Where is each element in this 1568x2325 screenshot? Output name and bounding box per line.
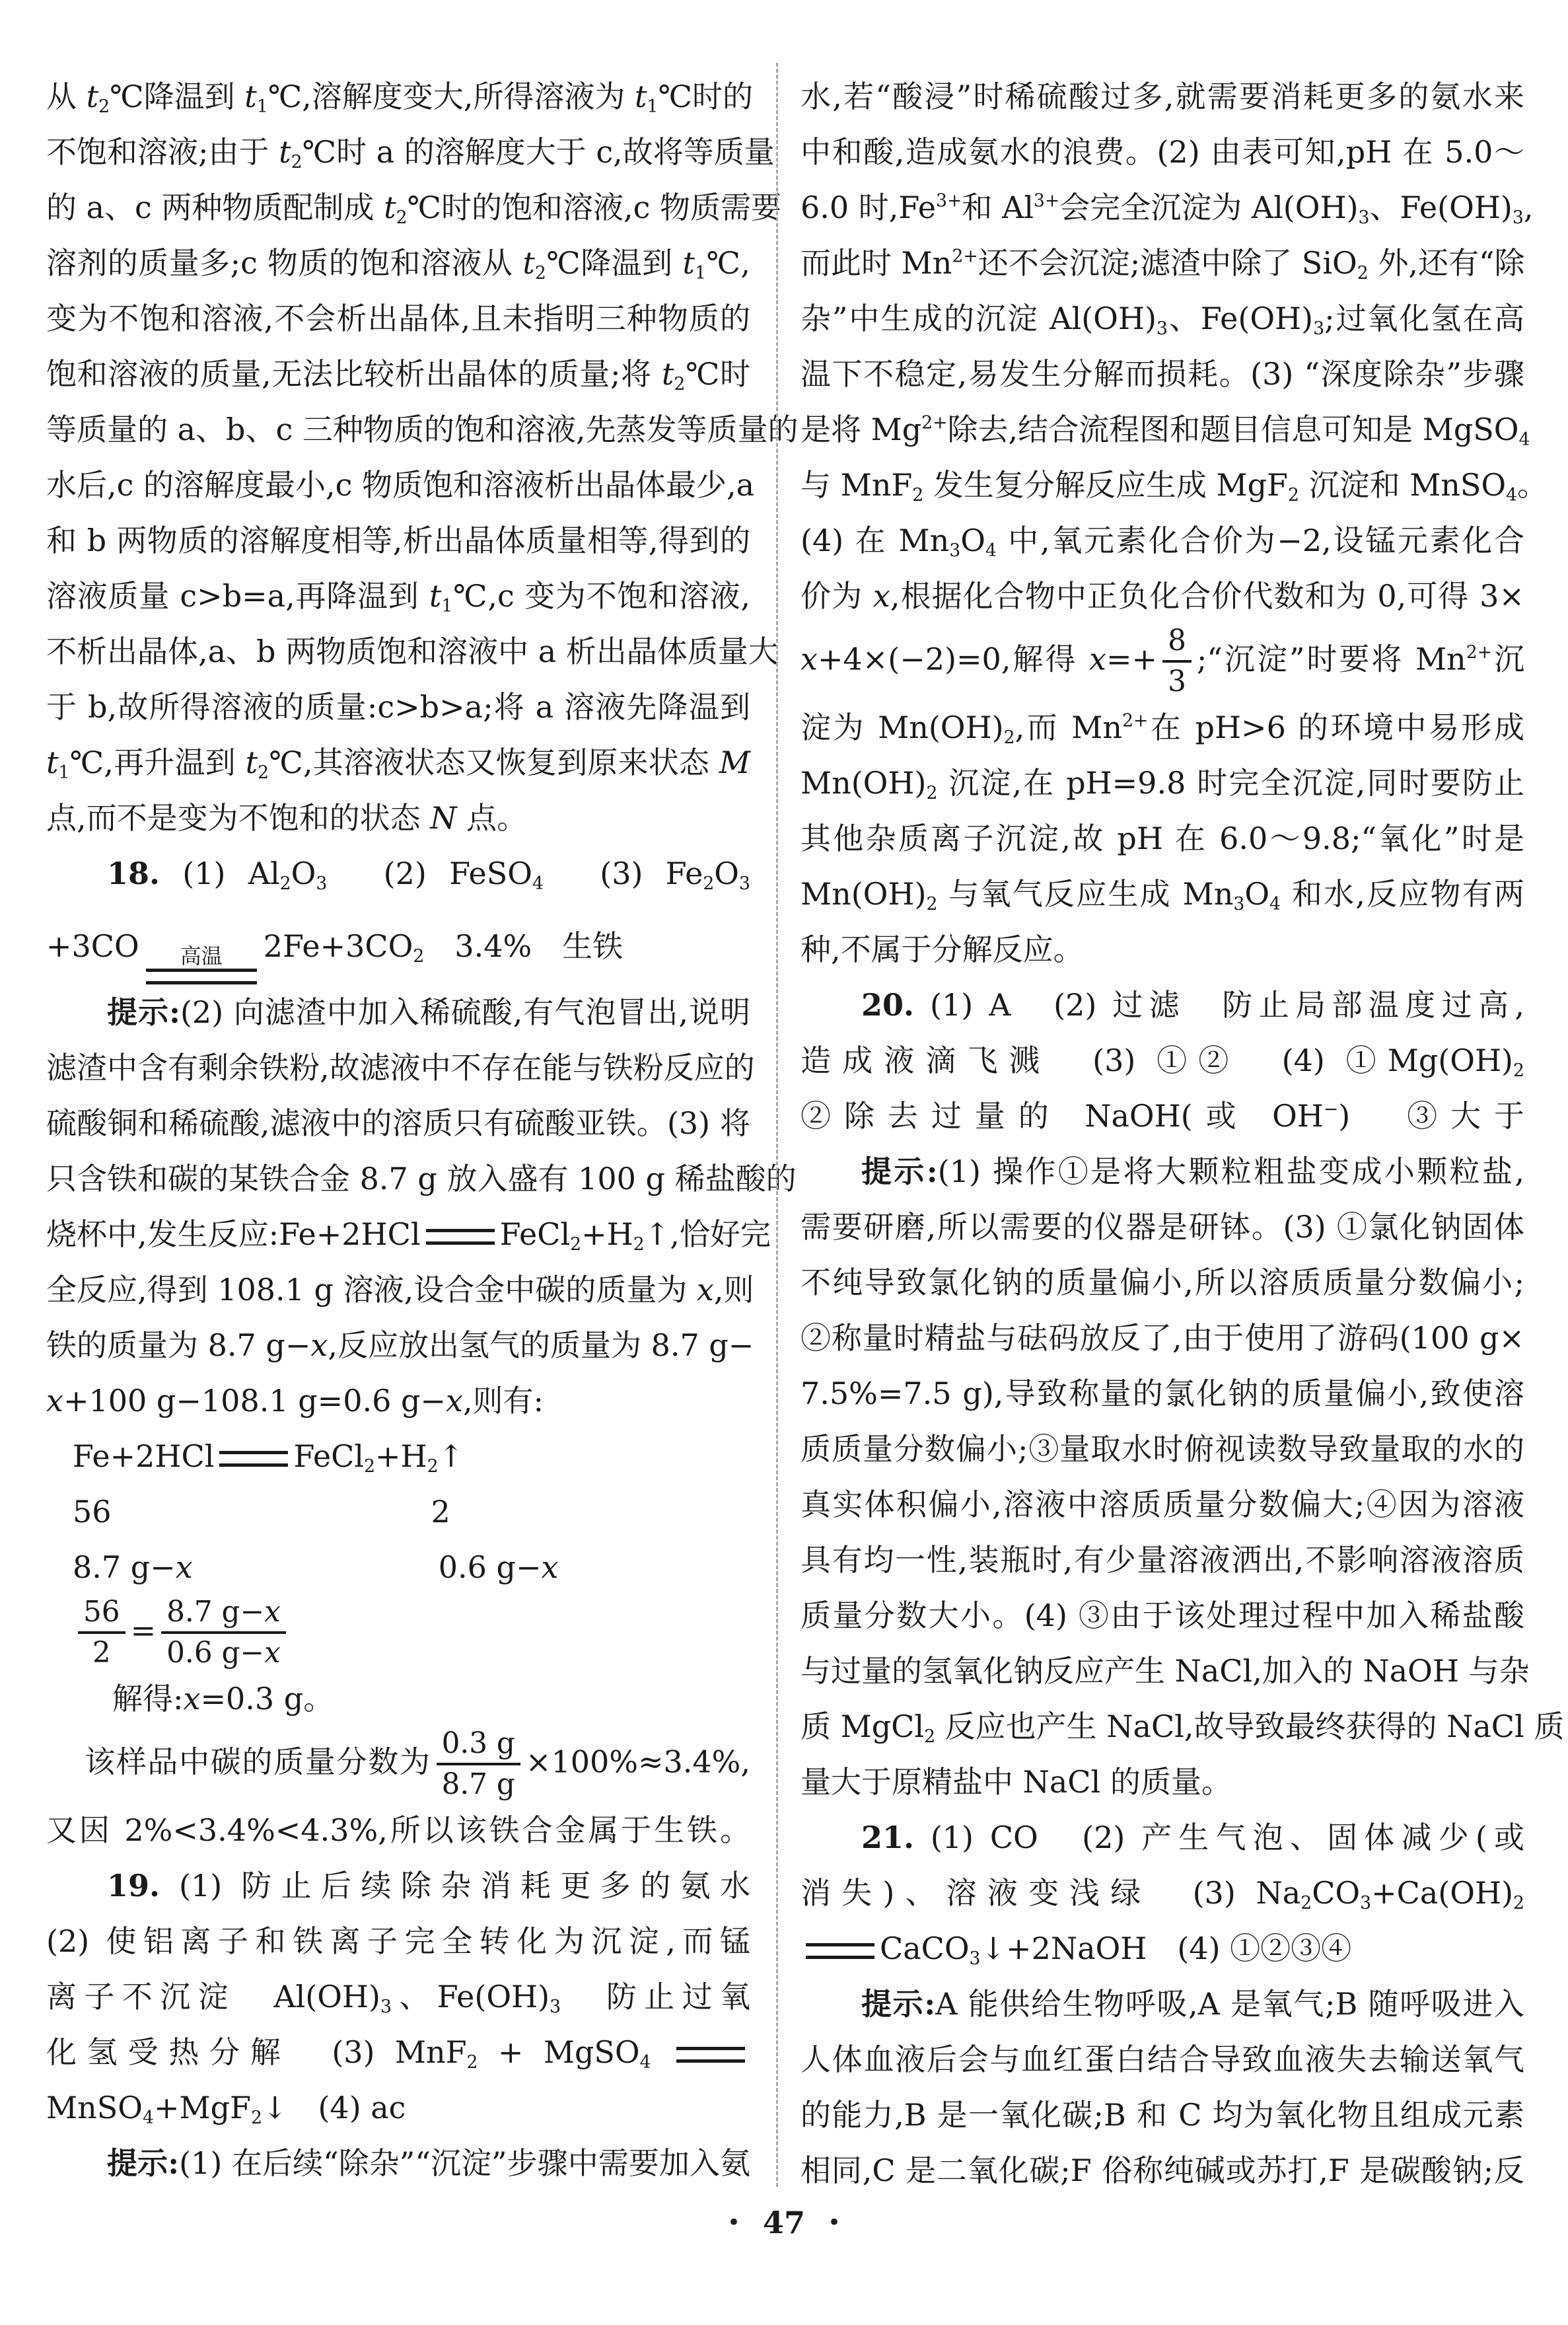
bold-text: 21. xyxy=(861,1820,914,1855)
fraction-numerator: 8.7 g−x xyxy=(161,1595,286,1634)
superscript: 2+ xyxy=(1466,642,1492,663)
subscript: 3 xyxy=(1157,318,1168,339)
bold-text: 提示: xyxy=(861,1154,938,1189)
italic-variable: t xyxy=(522,245,535,281)
page-number: 47 xyxy=(763,2207,805,2238)
right-column: 水,若“酸浸”时稀硫酸过多,就需要消耗更多的氨水来中和酸,造成氨水的浪费。(2)… xyxy=(801,69,1524,2198)
subscript: 4 xyxy=(640,2052,651,2073)
subscript: 2 xyxy=(1288,485,1299,505)
hint-line: 提示:(1) 在后续“除杂”“沉淀”步骤中需要加入氨 xyxy=(46,2135,750,2191)
text-line: 点,而不是变为不饱和的状态 N 点。 xyxy=(46,790,750,846)
italic-variable: t xyxy=(244,79,257,114)
superscript: − xyxy=(1324,1099,1338,1120)
subscript: 2 xyxy=(924,1726,935,1747)
subscript: 4 xyxy=(1269,894,1281,914)
text-line: 又因 2%<3.4%<4.3%,所以该铁合金属于生铁。 xyxy=(46,1802,750,1858)
subscript: 2 xyxy=(467,2052,478,2073)
text-line: (4) 在 Mn3O4 中,氧元素化合价为−2,设锰元素化合 xyxy=(801,513,1524,568)
text-line: 等质量的 a、b、c 三种物质的饱和溶液,先蒸发等质量的 xyxy=(46,402,750,457)
hint-line: 提示:(2) 向滤渣中加入稀硫酸,有气泡冒出,说明 xyxy=(46,984,750,1040)
superscript: 2+ xyxy=(921,413,947,433)
subscript: 1 xyxy=(647,96,659,117)
superscript: 3+ xyxy=(1034,191,1059,211)
italic-variable: N xyxy=(430,800,456,836)
subscript: 2 xyxy=(258,762,269,783)
subscript: 3 xyxy=(550,1997,561,2017)
italic-variable: t xyxy=(279,134,291,170)
subscript: 3 xyxy=(949,540,960,561)
text-line: 铁的质量为 8.7 g−x,反应放出氢气的质量为 8.7 g− xyxy=(46,1317,750,1373)
subscript: 2 xyxy=(1004,727,1015,748)
italic-variable: t xyxy=(246,745,258,780)
double-equals-line xyxy=(146,969,257,984)
fraction: 0.3 g8.7 g xyxy=(437,1726,520,1802)
text-line: 饱和溶液的质量,无法比较析出晶体的质量;将 t2℃时 xyxy=(46,346,750,402)
text-line: 是将 Mg2+除去,结合流程图和题目信息可知是 MgSO4 xyxy=(801,402,1524,457)
subscript: 2 xyxy=(291,152,303,172)
subscript: 2 xyxy=(674,374,685,394)
fraction-denominator: 0.6 g−x xyxy=(166,1634,281,1670)
italic-variable: t xyxy=(384,190,396,225)
subscript: 1 xyxy=(441,596,452,616)
italic-variable: t xyxy=(683,245,695,281)
text-line: 质量分数大小。(4) ③由于该处理过程中加入稀盐酸 xyxy=(801,1588,1524,1643)
answer-line: (2) 使铝离子和铁离子完全转化为沉淀,而锰 xyxy=(46,1913,750,1969)
text-line: 和 b 两物质的溶解度相等,析出晶体质量相等,得到的 xyxy=(46,513,750,568)
subscript: 3 xyxy=(970,1948,981,1969)
text-line: Fe+2HClFeCl2+H2↑ xyxy=(46,1428,750,1484)
text-line: 质质量分数偏小;③量取水时俯视读数导致量取的水的 xyxy=(801,1421,1524,1477)
text-line: 价为 x,根据化合物中正负化合价代数和为 0,可得 3× xyxy=(801,568,1524,624)
answer-line: 造成液滴飞溅 (3) ①② (4) ①Mg(OH)2 xyxy=(801,1033,1524,1088)
bold-text: 19. xyxy=(107,1868,160,1903)
text-line: 具有均一性,装瓶时,有少量溶液洒出,不影响溶液溶质 xyxy=(801,1532,1524,1588)
double-equals-line xyxy=(676,2047,745,2063)
italic-variable: t xyxy=(87,79,99,114)
workbook-answer-page: 从 t2℃降温到 t1℃,溶解度变大,所得溶液为 t1℃时的不饱和溶液;由于 t… xyxy=(0,0,1568,2325)
double-equals-line xyxy=(806,1943,874,1959)
subscript: 4 xyxy=(985,540,997,561)
text-line: 562 xyxy=(46,1484,750,1539)
text-line: ②称量时精盐与砝码放反了,由于使用了游码(100 g× xyxy=(801,1310,1524,1366)
answer-line: 19. (1) 防止后续除杂消耗更多的氨水 xyxy=(46,1858,750,1913)
subscript: 3 xyxy=(1313,318,1324,339)
subscript: 1 xyxy=(257,96,268,117)
fraction: 562 xyxy=(78,1595,125,1671)
condition-label: 高温 xyxy=(180,944,223,969)
bold-text: 18. xyxy=(107,856,160,891)
answer-line: 化氢受热分解 (3) MnF2 + MgSO4 xyxy=(46,2024,750,2080)
text-line: 需要研磨,所以需要的仪器是研钵。(3) ①氯化钠固体 xyxy=(801,1199,1524,1255)
subscript: 4 xyxy=(143,2108,154,2128)
subscript: 2 xyxy=(570,1234,581,1255)
italic-variable: t xyxy=(46,745,59,780)
text-line: Mn(OH)2 与氧气反应生成 Mn3O4 和水,反应物有两 xyxy=(801,866,1524,922)
italic-variable: x xyxy=(1089,641,1106,677)
fraction-numerator: 8 xyxy=(1162,624,1192,663)
spacer xyxy=(193,1577,439,1578)
italic-variable: x xyxy=(801,641,818,677)
bold-text: 提示: xyxy=(861,1986,935,2022)
text-line: 硫酸铜和稀硫酸,滤液中的溶质只有硫酸亚铁。(3) 将 xyxy=(46,1095,750,1151)
answer-line: 消失)、溶液变浅绿 (3) Na2CO3+Ca(OH)2 xyxy=(801,1865,1524,1921)
italic-variable: x xyxy=(184,1681,201,1716)
fraction: 83 xyxy=(1162,624,1192,700)
subscript: 2 xyxy=(1301,1893,1312,1913)
fraction-numerator: 0.3 g xyxy=(437,1726,520,1765)
text-line: 与 MnF2 发生复分解反应生成 MgF2 沉淀和 MnSO4。 xyxy=(801,457,1524,513)
subscript: 3 xyxy=(1359,207,1370,228)
answer-line: MnSO4+MgF2↓ (4) ac xyxy=(46,2080,750,2135)
text-line: 人体血液后会与血红蛋白结合导致血液失去输送氧气 xyxy=(801,2032,1524,2087)
text-line: 杂”中生成的沉淀 Al(OH)3、Fe(OH)3;过氧化氢在高 xyxy=(801,291,1524,346)
text-line: 不纯导致氯化钠的质量偏小,所以溶质质量分数偏小; xyxy=(801,1255,1524,1310)
italic-variable: x xyxy=(46,1383,63,1419)
superscript: 2+ xyxy=(1122,711,1148,731)
answer-line: 离子不沉淀 Al(OH)3、Fe(OH)3 防止过氧 xyxy=(46,1969,750,2024)
subscript: 2 xyxy=(1513,1060,1524,1081)
italic-variable: x xyxy=(264,1595,281,1629)
text-line: 相同,C 是二氧化碳;F 俗称纯碱或苏打,F 是碳酸钠;反 xyxy=(801,2143,1524,2198)
subscript: 2 xyxy=(396,207,408,228)
double-equals-line xyxy=(219,1451,288,1467)
text-line: 从 t2℃降温到 t1℃,溶解度变大,所得溶液为 t1℃时的 xyxy=(46,69,750,124)
italic-variable: x xyxy=(873,578,890,614)
answer-line: ②除去过量的 NaOH(或 OH−) ③大于 xyxy=(801,1088,1524,1144)
subscript: 2 xyxy=(1357,263,1369,283)
text-line: 溶液质量 c>b=a,再降温到 t1℃,c 变为不饱和溶液, xyxy=(46,568,750,624)
italic-variable: x xyxy=(264,1636,281,1670)
superscript: 3+ xyxy=(936,191,962,211)
text-line: 562=8.7 g−x0.6 g−x xyxy=(46,1595,750,1671)
text-line: 其他杂质离子沉淀,故 pH 在 6.0～9.8;“氧化”时是 xyxy=(801,811,1524,866)
text-line: 滤渣中含有剩余铁粉,故滤液中不存在能与铁粉反应的 xyxy=(46,1040,750,1095)
text-line: 种,不属于分解反应。 xyxy=(801,922,1524,977)
text-line: x+100 g−108.1 g=0.6 g−x,则有: xyxy=(46,1373,750,1428)
text-line: 不析出晶体,a、b 两物质饱和溶液中 a 析出晶体质量大 xyxy=(46,624,750,679)
text-line: 水,若“酸浸”时稀硫酸过多,就需要消耗更多的氨水来 xyxy=(801,69,1524,124)
text-line: 该样品中碳的质量分数为0.3 g8.7 g×100%≈3.4%, xyxy=(46,1726,750,1802)
italic-variable: x xyxy=(446,1383,463,1419)
text-line: 质 MgCl2 反应也产生 NaCl,故导致最终获得的 NaCl 质 xyxy=(801,1699,1524,1754)
text-line: 只含铁和碳的某铁合金 8.7 g 放入盛有 100 g 稀盐酸的 xyxy=(46,1151,750,1206)
subscript: 4 xyxy=(532,873,544,894)
text-line: 不饱和溶液;由于 t2℃时 a 的溶解度大于 c,故将等质量 xyxy=(46,124,750,180)
text-line: 的能力,B 是一氧化碳;B 和 C 均为氧化物且组成元素 xyxy=(801,2087,1524,2143)
italic-variable: x xyxy=(697,1272,714,1308)
hint-line: 提示:A 能供给生物呼吸,A 是氧气;B 随呼吸进入 xyxy=(801,1976,1524,2032)
text-line: 与过量的氢氧化钠反应产生 NaCl,加入的 NaOH 与杂 xyxy=(801,1643,1524,1699)
italic-variable: M xyxy=(719,745,750,780)
subscript: 2 xyxy=(926,783,937,803)
fraction-denominator: 2 xyxy=(92,1634,111,1670)
text-line: 溶剂的质量多;c 物质的饱和溶液从 t2℃降温到 t1℃, xyxy=(46,235,750,291)
subscript: 2 xyxy=(633,1234,645,1255)
answer-line: 21. (1) CO (2) 产生气泡、固体减少(或 xyxy=(801,1810,1524,1865)
italic-variable: x xyxy=(542,1549,559,1585)
fraction-denominator: 8.7 g xyxy=(442,1765,515,1802)
text-line: 变为不饱和溶液,不会析出晶体,且未指明三种物质的 xyxy=(46,291,750,346)
double-equals-line xyxy=(426,1229,495,1245)
spacer xyxy=(112,1522,431,1522)
text-line: 6.0 时,Fe3+和 Al3+会完全沉淀为 Al(OH)3、Fe(OH)3, xyxy=(801,180,1524,235)
subscript: 3 xyxy=(739,873,750,894)
bold-text: 20. xyxy=(861,987,914,1023)
italic-variable: t xyxy=(429,578,442,614)
text-line: 的 a、c 两种物质配制成 t2℃时的饱和溶液,c 物质需要 xyxy=(46,180,750,235)
fraction-numerator: 56 xyxy=(78,1595,125,1634)
superscript: 2+ xyxy=(952,246,978,267)
subscript: 1 xyxy=(59,762,70,783)
text-line: 全反应,得到 108.1 g 溶液,设合金中碳的质量为 x,则 xyxy=(46,1262,750,1317)
text-line: t1℃,再升温到 t2℃,其溶液状态又恢复到原来状态 M xyxy=(46,735,750,790)
subscript: 2 xyxy=(1513,1893,1524,1913)
text-line: 水后,c 的溶解度最小,c 物质饱和溶液析出晶体最少,a xyxy=(46,457,750,513)
italic-variable: x xyxy=(310,1327,328,1363)
text-line: 解得:x=0.3 g。 xyxy=(46,1671,750,1726)
subscript: 3 xyxy=(316,873,327,894)
subscript: 2 xyxy=(280,873,291,894)
subscript: 2 xyxy=(703,873,714,894)
answer-line: 18. (1) Al2O3 (2) FeSO4 (3) Fe2O3 xyxy=(46,846,750,901)
subscript: 2 xyxy=(413,946,424,967)
footer-dot-right: • xyxy=(828,2211,841,2234)
subscript: 4 xyxy=(1506,485,1517,505)
text-line: 7.5%=7.5 g),导致称量的氯化钠的质量偏小,致使溶 xyxy=(801,1366,1524,1421)
text-line: 温下不稳定,易发生分解而损耗。(3) “深度除杂”步骤 xyxy=(801,346,1524,402)
subscript: 4 xyxy=(1519,429,1530,450)
subscript: 2 xyxy=(427,1456,439,1477)
subscript: 3 xyxy=(1233,894,1244,914)
italic-variable: t xyxy=(635,79,647,114)
left-column: 从 t2℃降温到 t1℃,溶解度变大,所得溶液为 t1℃时的不饱和溶液;由于 t… xyxy=(46,69,750,2198)
subscript: 2 xyxy=(926,894,937,914)
subscript: 2 xyxy=(535,263,546,283)
text-line: 于 b,故所得溶液的质量:c>b>a;将 a 溶液先降温到 xyxy=(46,679,750,735)
subscript: 1 xyxy=(695,263,706,283)
subscript: 2 xyxy=(912,485,923,505)
footer-dot-left: • xyxy=(727,2211,740,2234)
text-line: 8.7 g−x0.6 g−x xyxy=(46,1539,750,1595)
answer-line: +3CO高温2Fe+3CO2 3.4% 生铁 xyxy=(46,901,750,984)
fraction: 8.7 g−x0.6 g−x xyxy=(161,1595,286,1671)
column-divider-dashed-line xyxy=(776,63,778,2187)
text-line: x+4×(−2)=0,解得 x=+83;“沉淀”时要将 Mn2+沉 xyxy=(801,624,1524,700)
hint-line: 提示:(1) 操作①是将大颗粒粗盐变成小颗粒盐, xyxy=(801,1144,1524,1199)
page-footer: • 47 • xyxy=(0,2207,1568,2238)
subscript: 3 xyxy=(1360,1893,1371,1913)
text-line: 淀为 Mn(OH)2,而 Mn2+在 pH>6 的环境中易形成 xyxy=(801,700,1524,755)
bold-text: 提示: xyxy=(107,994,180,1030)
bold-text: 提示: xyxy=(107,2145,179,2181)
text-line: 中和酸,造成氨水的浪费。(2) 由表可知,pH 在 5.0～ xyxy=(801,124,1524,180)
two-column-text-area: 从 t2℃降温到 t1℃,溶解度变大,所得溶液为 t1℃时的不饱和溶液;由于 t… xyxy=(0,0,1568,2198)
text-line: Mn(OH)2 沉淀,在 pH=9.8 时完全沉淀,同时要防止 xyxy=(801,755,1524,811)
answer-line: CaCO3↓+2NaOH (4) ①②③④ xyxy=(801,1921,1524,1976)
text-line: 真实体积偏小,溶液中溶质质量分数偏大;④因为溶液 xyxy=(801,1477,1524,1532)
subscript: 3 xyxy=(380,1997,392,2017)
italic-variable: t xyxy=(662,356,674,392)
subscript: 2 xyxy=(251,2108,262,2128)
subscript: 3 xyxy=(1513,207,1524,228)
subscript: 2 xyxy=(364,1456,375,1477)
answer-line: 20. (1) A (2) 过滤 防止局部温度过高, xyxy=(801,977,1524,1033)
text-line: 而此时 Mn2+还不会沉淀;滤渣中除了 SiO2 外,还有“除 xyxy=(801,235,1524,291)
text-line: 烧杯中,发生反应:Fe+2HClFeCl2+H2↑,恰好完 xyxy=(46,1206,750,1262)
subscript: 2 xyxy=(98,96,110,117)
text-line: 量大于原精盐中 NaCl 的质量。 xyxy=(801,1754,1524,1810)
fraction-denominator: 3 xyxy=(1168,663,1186,699)
italic-variable: x xyxy=(176,1549,193,1585)
reaction-condition-equals: 高温 xyxy=(146,944,257,984)
